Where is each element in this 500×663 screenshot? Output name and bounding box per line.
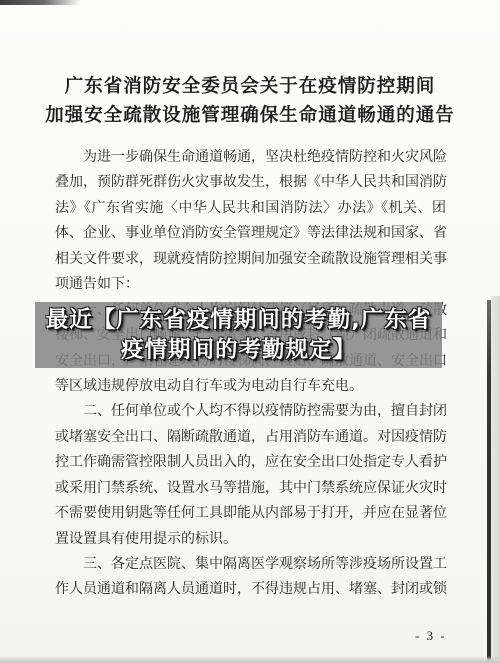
watermark-banner: 最近【广东省疫情期间的考勤,广东省 疫情期间的考勤规定】 xyxy=(35,302,442,368)
paper-edge-right-light xyxy=(491,296,500,663)
watermark-text-line-2: 疫情期间的考勤规定】 xyxy=(121,335,356,365)
body-text-line: 等区域违规停放电动自行车或为电动自行车充电。 xyxy=(55,374,446,399)
watermark-text-line-1: 最近【广东省疫情期间的考勤,广东省 xyxy=(46,305,432,335)
paper-edge-bottom xyxy=(0,656,500,663)
photo-edge-top-left xyxy=(0,0,80,5)
body-text-line: 不需要使用钥匙等任何工具即能从内部易于打开，并应在显著位 xyxy=(55,501,446,526)
body-text-line: 或采用门禁系统、设置水马等措施，其中门禁系统应保证火灾时 xyxy=(55,476,446,501)
document-page: 广东省消防安全委员会关于在疫情防控期间 加强安全疏散设施管理确保生命通道畅通的通… xyxy=(0,0,500,663)
body-text-line: 体、企业、事业单位消防安全管理规定》等法律法规和国家、省 xyxy=(55,221,446,246)
body-text-line: 项通告如下： xyxy=(55,272,446,297)
body-text-line: 或堵塞安全出口、隔断疏散通道，占用消防车通道。对因疫情防 xyxy=(55,425,446,450)
body-text-line: 控工作确需管控限制人员出入的，应在安全出口处指定专人看护 xyxy=(55,450,446,475)
document-title-line-1: 广东省消防安全委员会关于在疫情防控期间 xyxy=(0,72,500,101)
body-text-line: 法》《广东省实施〈中华人民共和国消防法〉办法》《机关、团 xyxy=(55,196,446,221)
body-text-line: 作人员通道和隔离人员通道时，不得违规占用、堵塞、封闭或锁 xyxy=(55,577,446,602)
body-text-line: 叠加，预防群死群伤火灾事故发生，根据《中华人民共和国消防 xyxy=(55,170,446,195)
paper-edge-right-dark xyxy=(487,300,491,663)
body-text-line: 二、任何单位或个人均不得以疫情防控需要为由，擅自封闭 xyxy=(55,399,446,424)
document-title-line-2: 加强安全疏散设施管理确保生命通道畅通的通告 xyxy=(0,101,500,130)
body-text-line: 三、各定点医院、集中隔离医学观察场所等涉疫场所设置工 xyxy=(55,552,446,577)
body-text-line: 置设置具有使用提示的标识。 xyxy=(55,527,446,552)
document-body: 为进一步确保生命通道畅通，坚决杜绝疫情防控和火灾风险 叠加，预防群死群伤火灾事故… xyxy=(55,145,446,603)
page-number: - 3 - xyxy=(415,628,447,644)
body-text-line: 为进一步确保生命通道畅通，坚决杜绝疫情防控和火灾风险 xyxy=(55,145,446,170)
document-title: 广东省消防安全委员会关于在疫情防控期间 加强安全疏散设施管理确保生命通道畅通的通… xyxy=(0,72,500,130)
body-text-line: 相关文件要求，现就疫情防控期间加强安全疏散设施管理相关事 xyxy=(55,247,446,272)
